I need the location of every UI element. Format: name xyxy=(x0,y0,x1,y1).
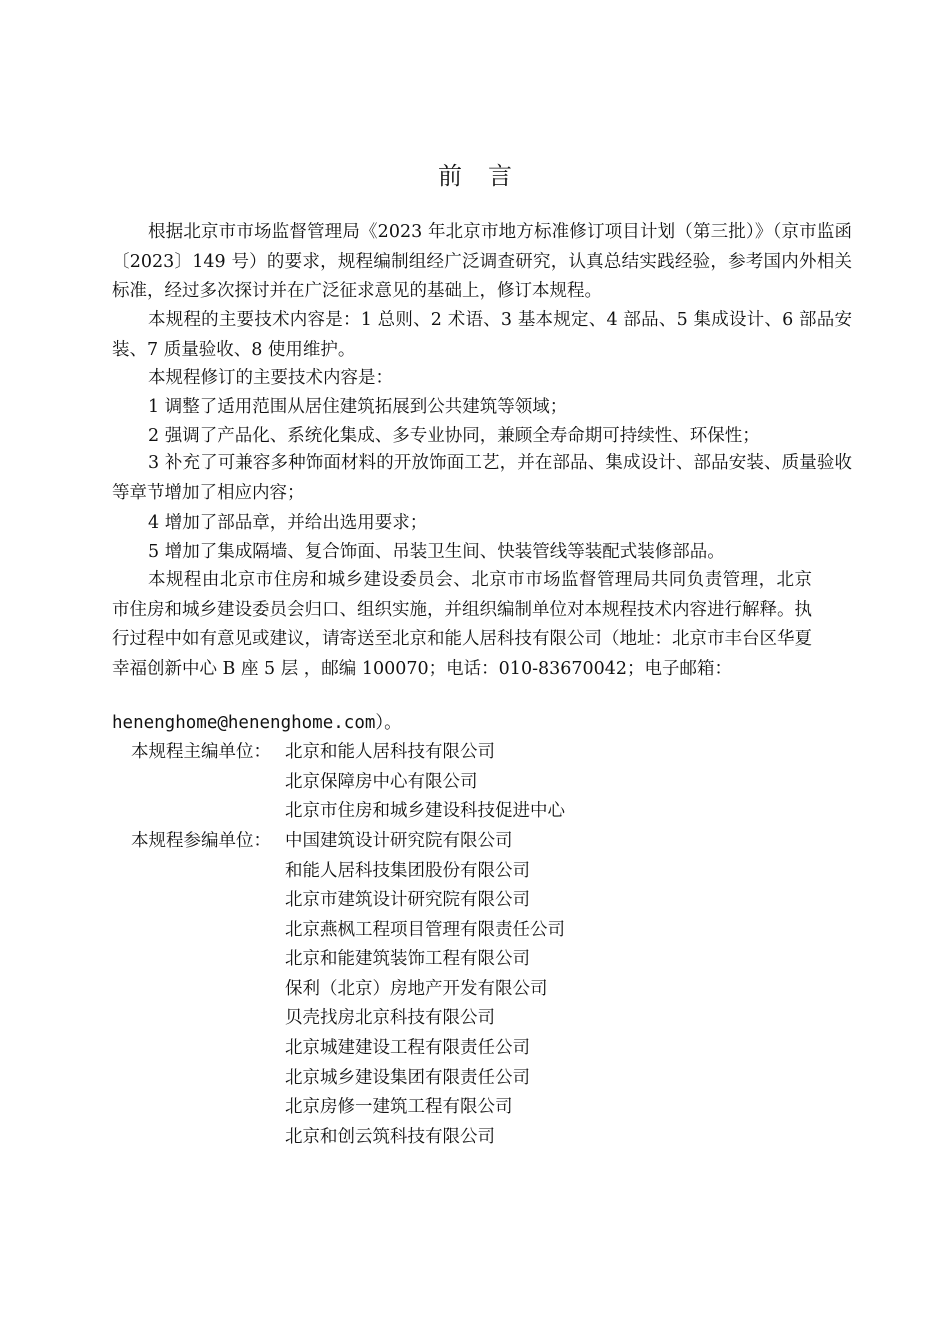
contact-email: henenghome@henenghome.com）。 xyxy=(112,709,402,734)
paragraph-management: 本规程由北京市住房和城乡建设委员会、北京市市场监督管理局共同负责管理，北京市住房… xyxy=(112,566,812,684)
participating-unit: 和能人居科技集团股份有限公司 xyxy=(285,857,530,882)
chief-unit: 北京保障房中心有限公司 xyxy=(285,768,478,793)
participating-unit: 北京和创云筑科技有限公司 xyxy=(285,1123,495,1148)
revision-item: 3 补充了可兼容多种饰面材料的开放饰面工艺，并在部品、集成设计、部品安装、质量验… xyxy=(112,449,852,508)
participating-unit: 贝壳找房北京科技有限公司 xyxy=(285,1004,495,1029)
revision-item: 1 调整了适用范围从居住建筑拓展到公共建筑等领域； xyxy=(148,393,567,418)
participating-unit: 北京房修一建筑工程有限公司 xyxy=(285,1093,513,1118)
participating-unit: 北京市建筑设计研究院有限公司 xyxy=(285,886,530,911)
revision-item: 5 增加了集成隔墙、复合饰面、吊装卫生间、快装管线等装配式装修部品。 xyxy=(148,538,725,563)
participating-unit: 保利（北京）房地产开发有限公司 xyxy=(285,975,548,1000)
participating-unit: 中国建筑设计研究院有限公司 xyxy=(285,827,513,852)
chief-unit: 北京市住房和城乡建设科技促进中心 xyxy=(285,797,565,822)
paragraph-revision-intro: 本规程修订的主要技术内容是： xyxy=(112,364,852,394)
chief-units-label: 本规程主编单位： xyxy=(131,738,271,763)
participating-unit: 北京城建建设工程有限责任公司 xyxy=(285,1034,530,1059)
participating-unit: 北京和能建筑装饰工程有限公司 xyxy=(285,945,530,970)
revision-item: 2 强调了产品化、系统化集成、多专业协同，兼顾全寿命期可持续性、环保性； xyxy=(148,422,760,447)
paragraph-basis: 根据北京市市场监督管理局《2023 年北京市地方标准修订项目计划（第三批）》（京… xyxy=(112,218,852,307)
participating-units-label: 本规程参编单位： xyxy=(131,827,271,852)
revision-item: 4 增加了部品章，并给出选用要求； xyxy=(148,509,427,534)
document-page: 前言 根据北京市市场监督管理局《2023 年北京市地方标准修订项目计划（第三批）… xyxy=(0,0,950,1344)
participating-unit: 北京城乡建设集团有限责任公司 xyxy=(285,1064,530,1089)
chief-unit: 北京和能人居科技有限公司 xyxy=(285,738,495,763)
paragraph-main-content: 本规程的主要技术内容是：1 总则、2 术语、3 基本规定、4 部品、5 集成设计… xyxy=(112,306,852,365)
participating-unit: 北京燕枫工程项目管理有限责任公司 xyxy=(285,916,565,941)
page-title: 前言 xyxy=(0,156,950,191)
